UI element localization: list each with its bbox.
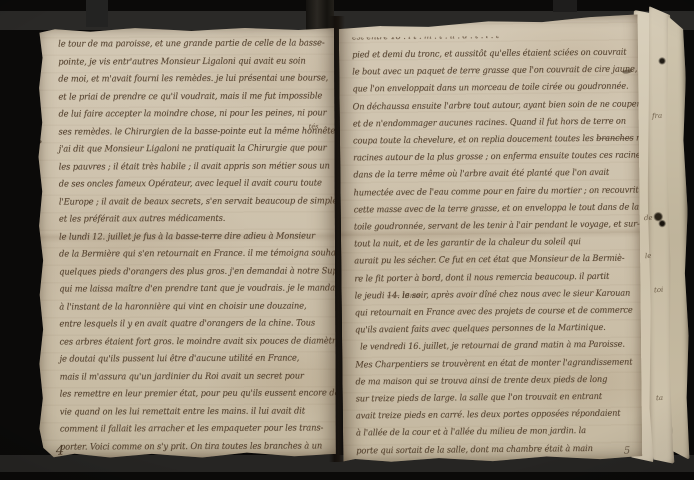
ink-blot [37,55,43,62]
edge-text-fragment: le [645,252,652,260]
manuscript-line: l'Europe ; il avait de beaux secrets, s'… [59,193,315,212]
manuscript-line: qui me laissa maître d'en prendre tant q… [59,280,315,299]
edge-text-fragment: toi [654,286,664,295]
manuscript-line: les remettre en leur premier état, pour … [60,385,316,404]
manuscript-line: de la Bermière qui s'en retournait en Fr… [59,245,315,264]
manuscript-line: mais il m'assura qu'un jardinier du Roi … [60,368,316,387]
backdrop-patch [553,0,577,12]
ink-blot [37,140,42,144]
superscript-note: tés [309,123,319,130]
manuscript-line: le tour de ma paroisse, et une grande pa… [58,35,314,54]
page-number-right: 5 [624,445,631,458]
edge-text-fragment: fra [652,112,663,121]
manuscript-line: de ses oncles fameux Opérateur, avec leq… [59,175,315,194]
manuscript-line: ses remèdes. le Chirurgien de la basse-p… [58,123,314,142]
manuscript-line: le lundi 12. juillet je fus à la basse-t… [59,228,315,247]
backdrop-patch [86,0,108,27]
edge-text-fragment: de [644,214,653,223]
manuscript-line: et le priai de prendre ce qu'il voudrait… [58,88,314,107]
manuscript-line: entre lesquels il y en avait quatre d'or… [59,315,315,334]
right-page-text: est entre 18 . l t . m . t . il . d . t … [352,34,639,463]
manuscript-line: ces arbres étaient fort gros. le moindre… [59,333,315,352]
right-page-lines: pied et demi du tronc, et aussitôt qu'el… [352,44,638,463]
manuscript-line: quelques pieds d'orangers des plus gros.… [59,263,315,282]
page-number-left: 4 [56,445,64,458]
edge-text-fragment: ta [656,394,664,402]
superscript-note: 15me [402,293,420,300]
manuscript-line: à l'instant de la haronnière qui vint en… [59,298,315,317]
manuscript-line: vie quand on les lui remettait entre les… [60,403,316,422]
right-page: est entre 18 . l t . m . t . il . d . t … [339,14,643,463]
manuscript-scan: de le ta fra toi le tour de ma paroisse,… [0,0,694,480]
manuscript-line: et les préférait aux autres médicaments. [59,210,315,229]
manuscript-line: de moi, et m'avait fourni les remèdes. j… [58,70,314,89]
manuscript-line: de lui faire accepter la moindre chose, … [58,105,314,124]
manuscript-line: pointe, je vis entr'autres Monsieur Liga… [58,53,314,72]
manuscript-line: j'ai dit que Monsieur Ligaloni ne pratiq… [59,140,315,159]
manuscript-line: les pauvres ; il était très habile ; il … [59,158,315,177]
left-page-text: le tour de ma paroisse, et une grande pa… [58,35,332,456]
manuscript-line: porter. Voici comme on s'y prit. On tira… [60,438,316,457]
manuscript-line: je doutai qu'ils pussent lui être d'aucu… [59,350,315,369]
left-page: le tour de ma paroisse, et une grande pa… [37,26,336,458]
manuscript-line: comment il fallait les arracher et les e… [60,420,316,439]
